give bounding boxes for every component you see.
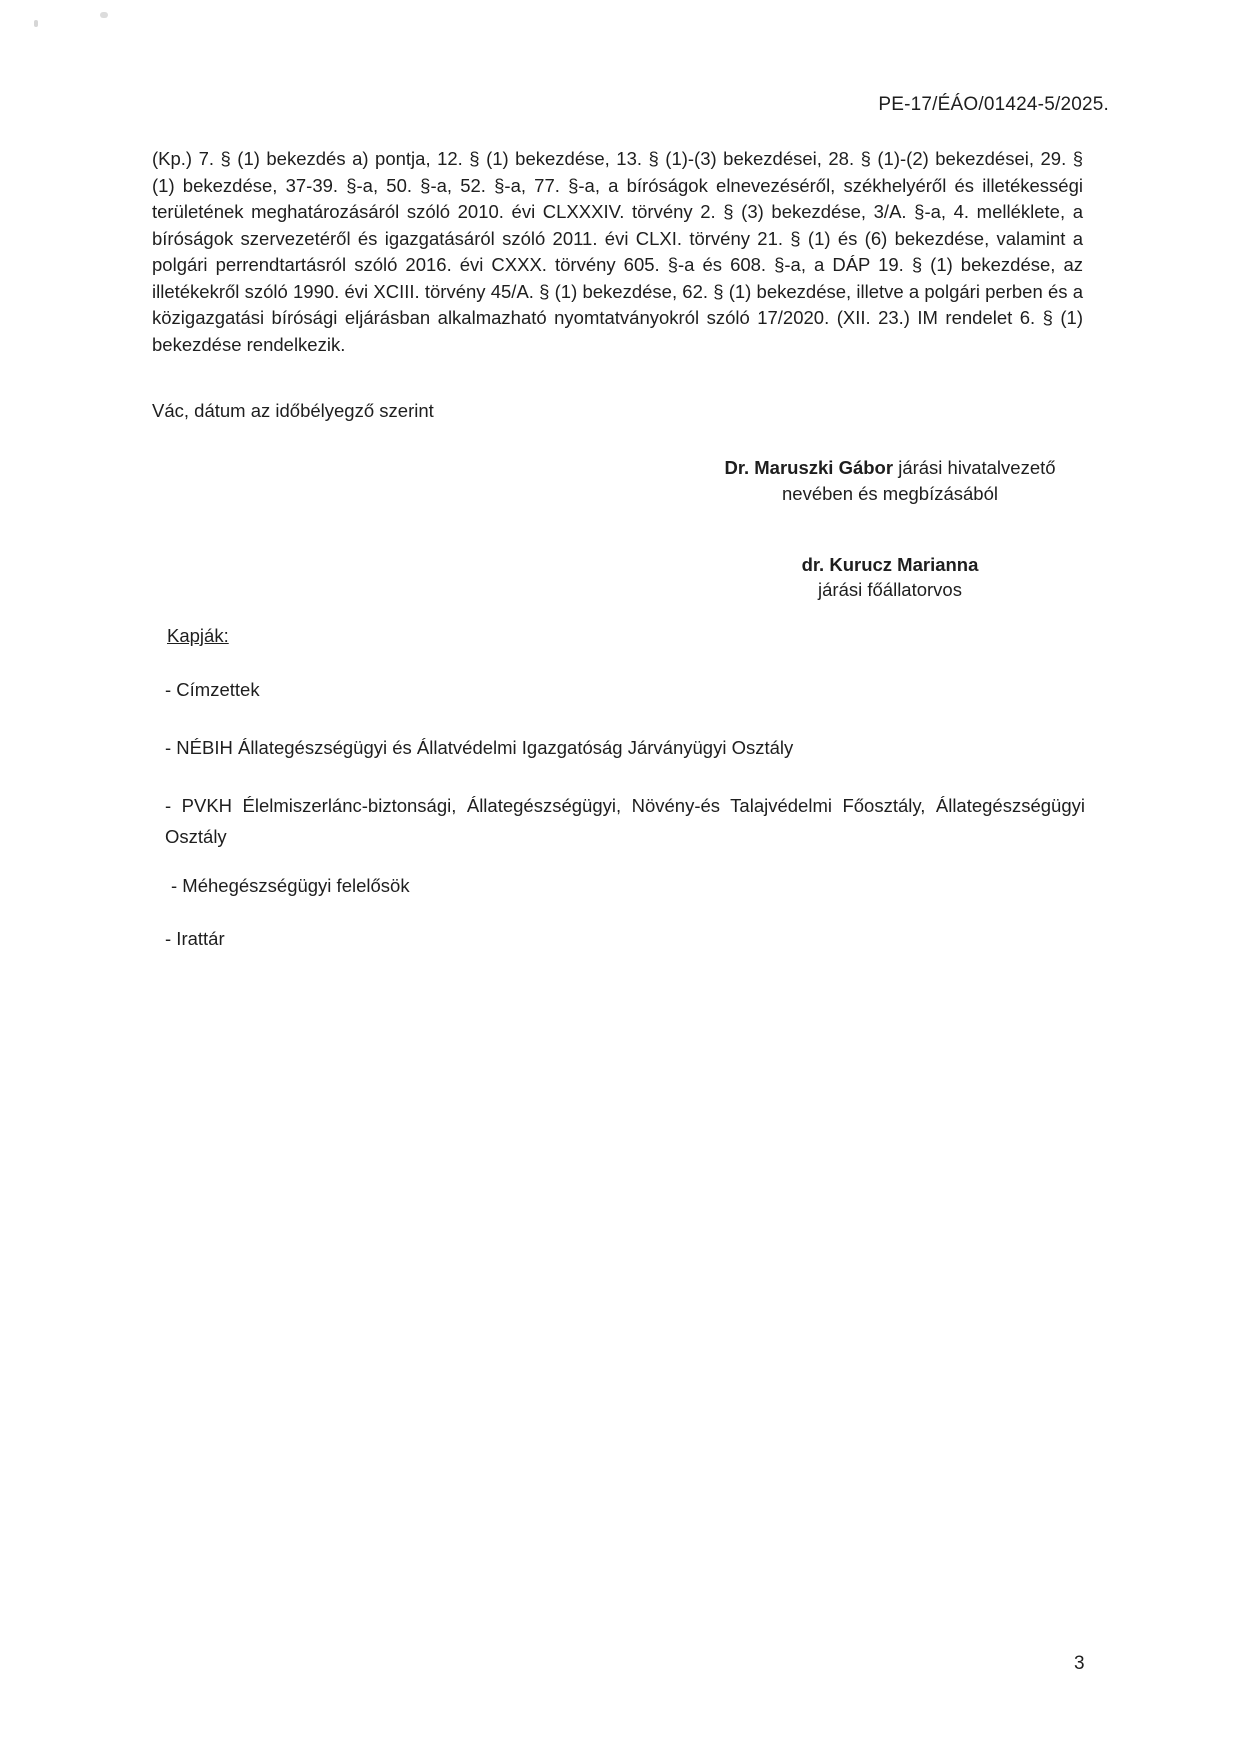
signer-block: dr. Kurucz Marianna járási főállatorvos [780, 552, 1000, 602]
reference-number: PE-17/ÉÁO/01424-5/2025. [878, 94, 1109, 116]
page-number: 3 [1074, 1653, 1085, 1675]
recipients-heading: Kapják: [167, 625, 229, 647]
signatory-block: Dr. Maruszki Gábor járási hivatalvezető … [700, 455, 1080, 507]
signer-title: járási főállatorvos [780, 577, 1000, 602]
scan-speck [100, 12, 108, 18]
recipient-item: - NÉBIH Állategészségügyi és Állatvédelm… [165, 737, 793, 759]
recipient-item: - Méhegészségügyi felelősök [171, 875, 410, 897]
signatory-on-behalf: nevében és megbízásából [700, 481, 1080, 507]
scan-speck [34, 20, 38, 27]
signatory-line: Dr. Maruszki Gábor járási hivatalvezető [700, 455, 1080, 481]
signer-name: dr. Kurucz Marianna [780, 552, 1000, 577]
recipient-item: - Irattár [165, 928, 225, 950]
signatory-title: járási hivatalvezető [893, 457, 1055, 478]
recipient-item: - PVKH Élelmiszerlánc-biztonsági, Állate… [165, 790, 1085, 852]
signatory-name: Dr. Maruszki Gábor [724, 457, 893, 478]
legal-basis-paragraph: (Kp.) 7. § (1) bekezdés a) pontja, 12. §… [152, 146, 1083, 358]
place-and-date: Vác, dátum az időbélyegző szerint [152, 400, 434, 422]
recipient-item: - Címzettek [165, 679, 260, 701]
